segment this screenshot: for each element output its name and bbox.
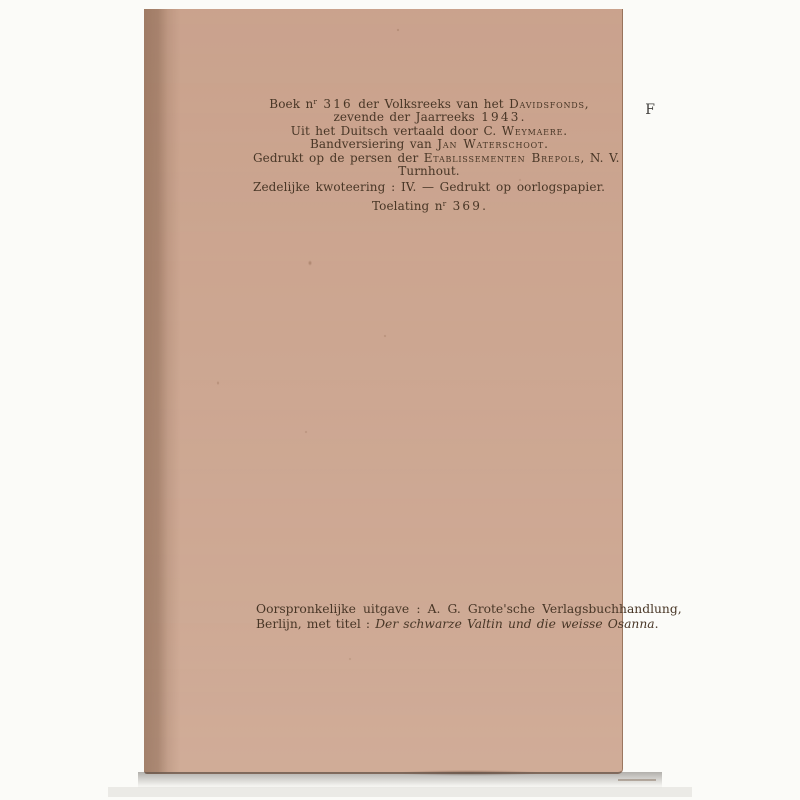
colophon-line-series: Boek nr 316 der Volksreeks van het David… (253, 95, 605, 111)
scan-surface-band (108, 787, 692, 797)
imprint-publisher-line: Oorspronkelijke uitgave : A. G. Grote'sc… (256, 602, 612, 617)
rating-line: Zedelijke kwoteering : IV. — Gedrukt op … (253, 181, 605, 194)
moral-rating-text: Zedelijke kwoteering : IV. (253, 181, 416, 194)
permit-line: Toelating nr 369. (253, 197, 605, 213)
colophon-line-cover-art: Bandversiering van Jan Waterschoot. (253, 138, 605, 151)
colophon-line-city: Turnhout. (253, 165, 605, 178)
colophon-line-translator: Uit het Duitsch vertaald door C. Weymaer… (253, 125, 605, 138)
war-paper-note: Gedrukt op oorlogspapier. (440, 181, 605, 194)
imprint-title-line: Berlijn, met titel : Der schwarze Valtin… (256, 617, 612, 632)
colophon-block: Boek nr 316 der Volksreeks van het David… (253, 95, 605, 213)
dash-separator: — (422, 181, 434, 194)
clipped-letter-fragment: F (645, 102, 655, 118)
book-page-scan: F Boek nr 316 der Volksreeks van het Dav… (0, 0, 800, 800)
colophon-line-yearseries: zevende der Jaarreeks 1943. (253, 111, 605, 124)
underlying-page-edge: F (618, 6, 656, 781)
book-page: Boek nr 316 der Volksreeks van het David… (144, 9, 623, 774)
original-edition-block: Oorspronkelijke uitgave : A. G. Grote'sc… (256, 602, 612, 631)
colophon-line-printer: Gedrukt op de persen der Etablissementen… (253, 152, 605, 165)
